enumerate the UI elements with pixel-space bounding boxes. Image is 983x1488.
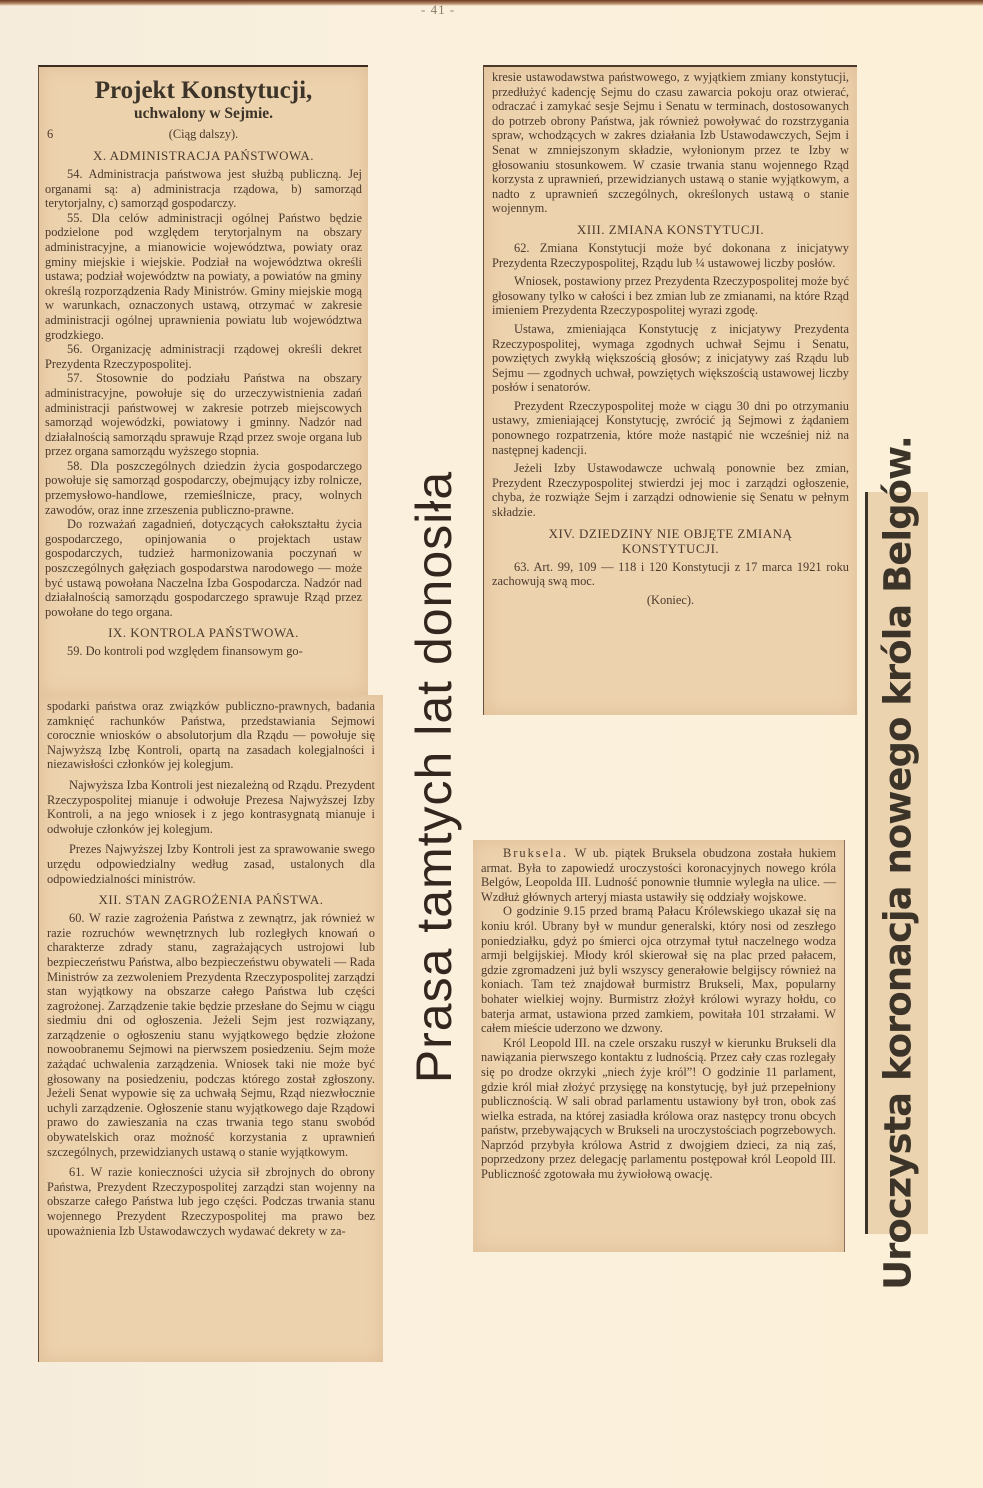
paragraph-60: 60. W razie zagrożenia Państwa z zewnątr… bbox=[47, 911, 375, 1159]
constitution-clipping-part-2: spodarki państwa oraz związków publiczno… bbox=[38, 695, 383, 1362]
belgium-headline-text: Uroczysta koronacja nowego króla Belgów. bbox=[877, 436, 920, 1290]
belgium-paragraph-1: Bruksela. W ub. piątek Bruksela obudzona… bbox=[481, 846, 836, 904]
continued-label: (Ciąg dalszy). bbox=[169, 127, 239, 141]
paragraph-58b: Do rozważań zagadnień, dotyczących całok… bbox=[45, 517, 362, 619]
section-heading-xii: XII. STAN ZAGROŻENIA PAŃSTWA. bbox=[47, 892, 375, 907]
section-heading-xiv-line1: XIV. DZIEDZINY NIE OBJĘTE ZMIANĄ bbox=[492, 526, 849, 541]
section-heading-x: X. ADMINISTRACJA PAŃSTWOWA. bbox=[45, 148, 362, 163]
paragraph-59-continued: spodarki państwa oraz związków publiczno… bbox=[47, 699, 375, 772]
handwritten-page-number: - 41 - bbox=[421, 2, 455, 18]
paragraph-62: 62. Zmiana Konstytucji może być dokonana… bbox=[492, 241, 849, 270]
section-heading-xiii: XIII. ZMIANA KONSTYTUCJI. bbox=[492, 222, 849, 237]
paragraph-63: 63. Art. 99, 109 — 118 i 120 Konstytucji… bbox=[492, 560, 849, 589]
paragraph-59b: Najwyższa Izba Kontroli jest niezależną … bbox=[47, 778, 375, 836]
paragraph-62b: Wniosek, postawiony przez Prezydenta Rze… bbox=[492, 274, 849, 318]
collection-title-vertical: Prasa tamtych lat donosiła bbox=[400, 392, 468, 1162]
section-heading-xiv-line2: KONSTYTUCJI. bbox=[492, 541, 849, 556]
section-heading-ix: IX. KONTROLA PAŃSTWOWA. bbox=[45, 625, 362, 640]
belgium-paragraph-2: O godzinie 9.15 przed bramą Pałacu Króle… bbox=[481, 904, 836, 1035]
paragraph-59c: Prezes Najwyższej Izby Kontroli jest za … bbox=[47, 842, 375, 886]
paragraph-62d: Prezydent Rzeczypospolitej może w ciągu … bbox=[492, 399, 849, 457]
paragraph-55: 55. Dla celów administracji ogólnej Pańs… bbox=[45, 211, 362, 342]
paragraph-54: 54. Administracja państwowa jest służbą … bbox=[45, 167, 362, 211]
belgium-paragraph-3: Król Leopold III. na czele orszaku ruszy… bbox=[481, 1036, 836, 1182]
end-marker: (Koniec). bbox=[492, 593, 849, 608]
paragraph-62e: Jeżeli Izby Ustawodawcze uchwalą ponowni… bbox=[492, 461, 849, 519]
paragraph-57: 57. Stosownie do podziału Państwa na obs… bbox=[45, 371, 362, 459]
paragraph-62c: Ustawa, zmieniająca Konstytucję z inicja… bbox=[492, 322, 849, 395]
continuation-line: 6 (Ciąg dalszy). bbox=[45, 127, 362, 142]
belgium-coronation-clipping: Bruksela. W ub. piątek Bruksela obudzona… bbox=[473, 840, 845, 1252]
part-number: 6 bbox=[47, 127, 53, 142]
paragraph-59-start: 59. Do kontroli pod względem finansowym … bbox=[45, 644, 362, 659]
article-headline: Projekt Konstytucji, bbox=[45, 77, 362, 105]
collection-title-text: Prasa tamtych lat donosiła bbox=[405, 471, 463, 1083]
article-subheadline: uchwalony w Sejmie. bbox=[45, 105, 362, 123]
paragraph-56: 56. Organizację administracji rządowej o… bbox=[45, 342, 362, 371]
dateline: Bruksela. bbox=[503, 846, 568, 860]
constitution-clipping-part-1: Projekt Konstytucji, uchwalony w Sejmie.… bbox=[38, 65, 368, 695]
paragraph-61-continued: kresie ustawodawstwa państwowego, z wyją… bbox=[492, 70, 849, 216]
paragraph-61: 61. W razie konieczności użycia sił zbro… bbox=[47, 1165, 375, 1238]
paragraph-58: 58. Dla poszczególnych dziedzin życia go… bbox=[45, 459, 362, 517]
constitution-clipping-part-3: kresie ustawodawstwa państwowego, z wyją… bbox=[483, 65, 857, 715]
belgium-headline-strip: Uroczysta koronacja nowego króla Belgów. bbox=[865, 492, 928, 1234]
page-top-edge bbox=[0, 0, 983, 6]
